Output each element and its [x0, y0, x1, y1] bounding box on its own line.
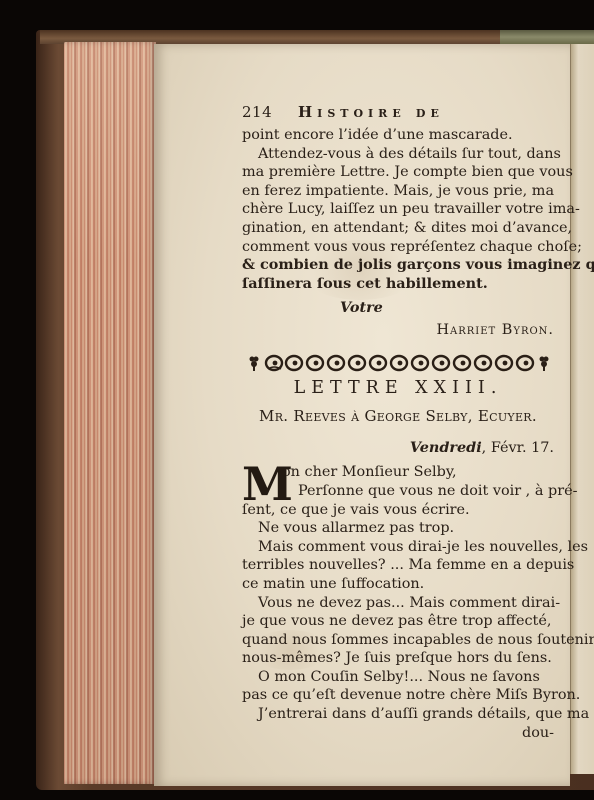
text-line: terribles nouvelles? ... Ma femme en a d… [242, 556, 554, 575]
letter-addressee: Mr. Reeves à George Selby, Ecuyer. [242, 407, 554, 433]
closing-word: Votre [242, 299, 554, 321]
text-line: quand nous ſommes incapables de nous ſou… [242, 631, 554, 650]
catchword: dou- [242, 724, 554, 743]
page-fore-edge [64, 42, 156, 784]
text-line: Vous ne devez pas... Mais comment dirai- [242, 594, 554, 613]
running-head: 214 Histoire de [242, 103, 554, 125]
text-line: en ferez impatiente. Mais, je vous prie,… [242, 182, 554, 201]
letter-heading: LETTRE XXIII. [242, 379, 554, 405]
text-line: comment vous vous repréſentez chaque cho… [242, 238, 554, 257]
text-line: & combien de jolis garçons vous imaginez… [242, 256, 554, 275]
salutation: on cher Monſieur Selby, [282, 463, 554, 482]
running-title: Histoire de [298, 103, 444, 122]
date-day: Vendredi [410, 439, 482, 456]
date-rest: , Févr. 17. [482, 440, 554, 456]
text-line: Attendez-vous à des détails ſur tout, da… [242, 145, 554, 164]
text-line: J’entrerai dans d’auſſi grands détails, … [242, 705, 554, 724]
text-line: Perſonne que vous ne doit voir , à pré- [282, 482, 554, 501]
letter-opening: M on cher Monſieur Selby, Perſonne que v… [242, 463, 554, 500]
preceding-letter-end: point encore l’idée d’une mascarade. Att… [242, 126, 554, 343]
ornament-band-icon [242, 353, 554, 373]
drop-cap: M [242, 465, 293, 503]
text-line: Mais comment vous dirai-je les nouvelles… [242, 538, 554, 557]
text-line: je que vous ne devez pas être trop affec… [242, 612, 554, 631]
text-line: ma première Lettre. Je compte bien que v… [242, 163, 554, 182]
text-line: pas ce qu’eſt devenue notre chère Miſs B… [242, 686, 554, 705]
text-line: ce matin une ſuffocation. [242, 575, 554, 594]
text-line: O mon Couſin Selby!... Nous ne ſavons [242, 668, 554, 687]
facing-page-edge [570, 44, 594, 774]
signature: Harriet Byron. [242, 321, 554, 343]
text-line: ſaſſinera ſous cet habillement. [242, 275, 554, 294]
text-line: point encore l’idée d’une mascarade. [242, 126, 554, 145]
text-line: chère Lucy, laiſſez un peu travailler vo… [242, 200, 554, 219]
text-line: Ne vous allarmez pas trop. [242, 519, 554, 538]
text-line: gination, en attendant; & dites moi d’av… [242, 219, 554, 238]
text-line: nous-mêmes? Je ſuis preſque hors du ſens… [242, 649, 554, 668]
fleuron-border-icon [242, 353, 554, 375]
page-text: 214 Histoire de point encore l’idée d’un… [242, 103, 554, 742]
book-cover-worn-edge [500, 30, 594, 44]
page-number: 214 [242, 103, 298, 122]
